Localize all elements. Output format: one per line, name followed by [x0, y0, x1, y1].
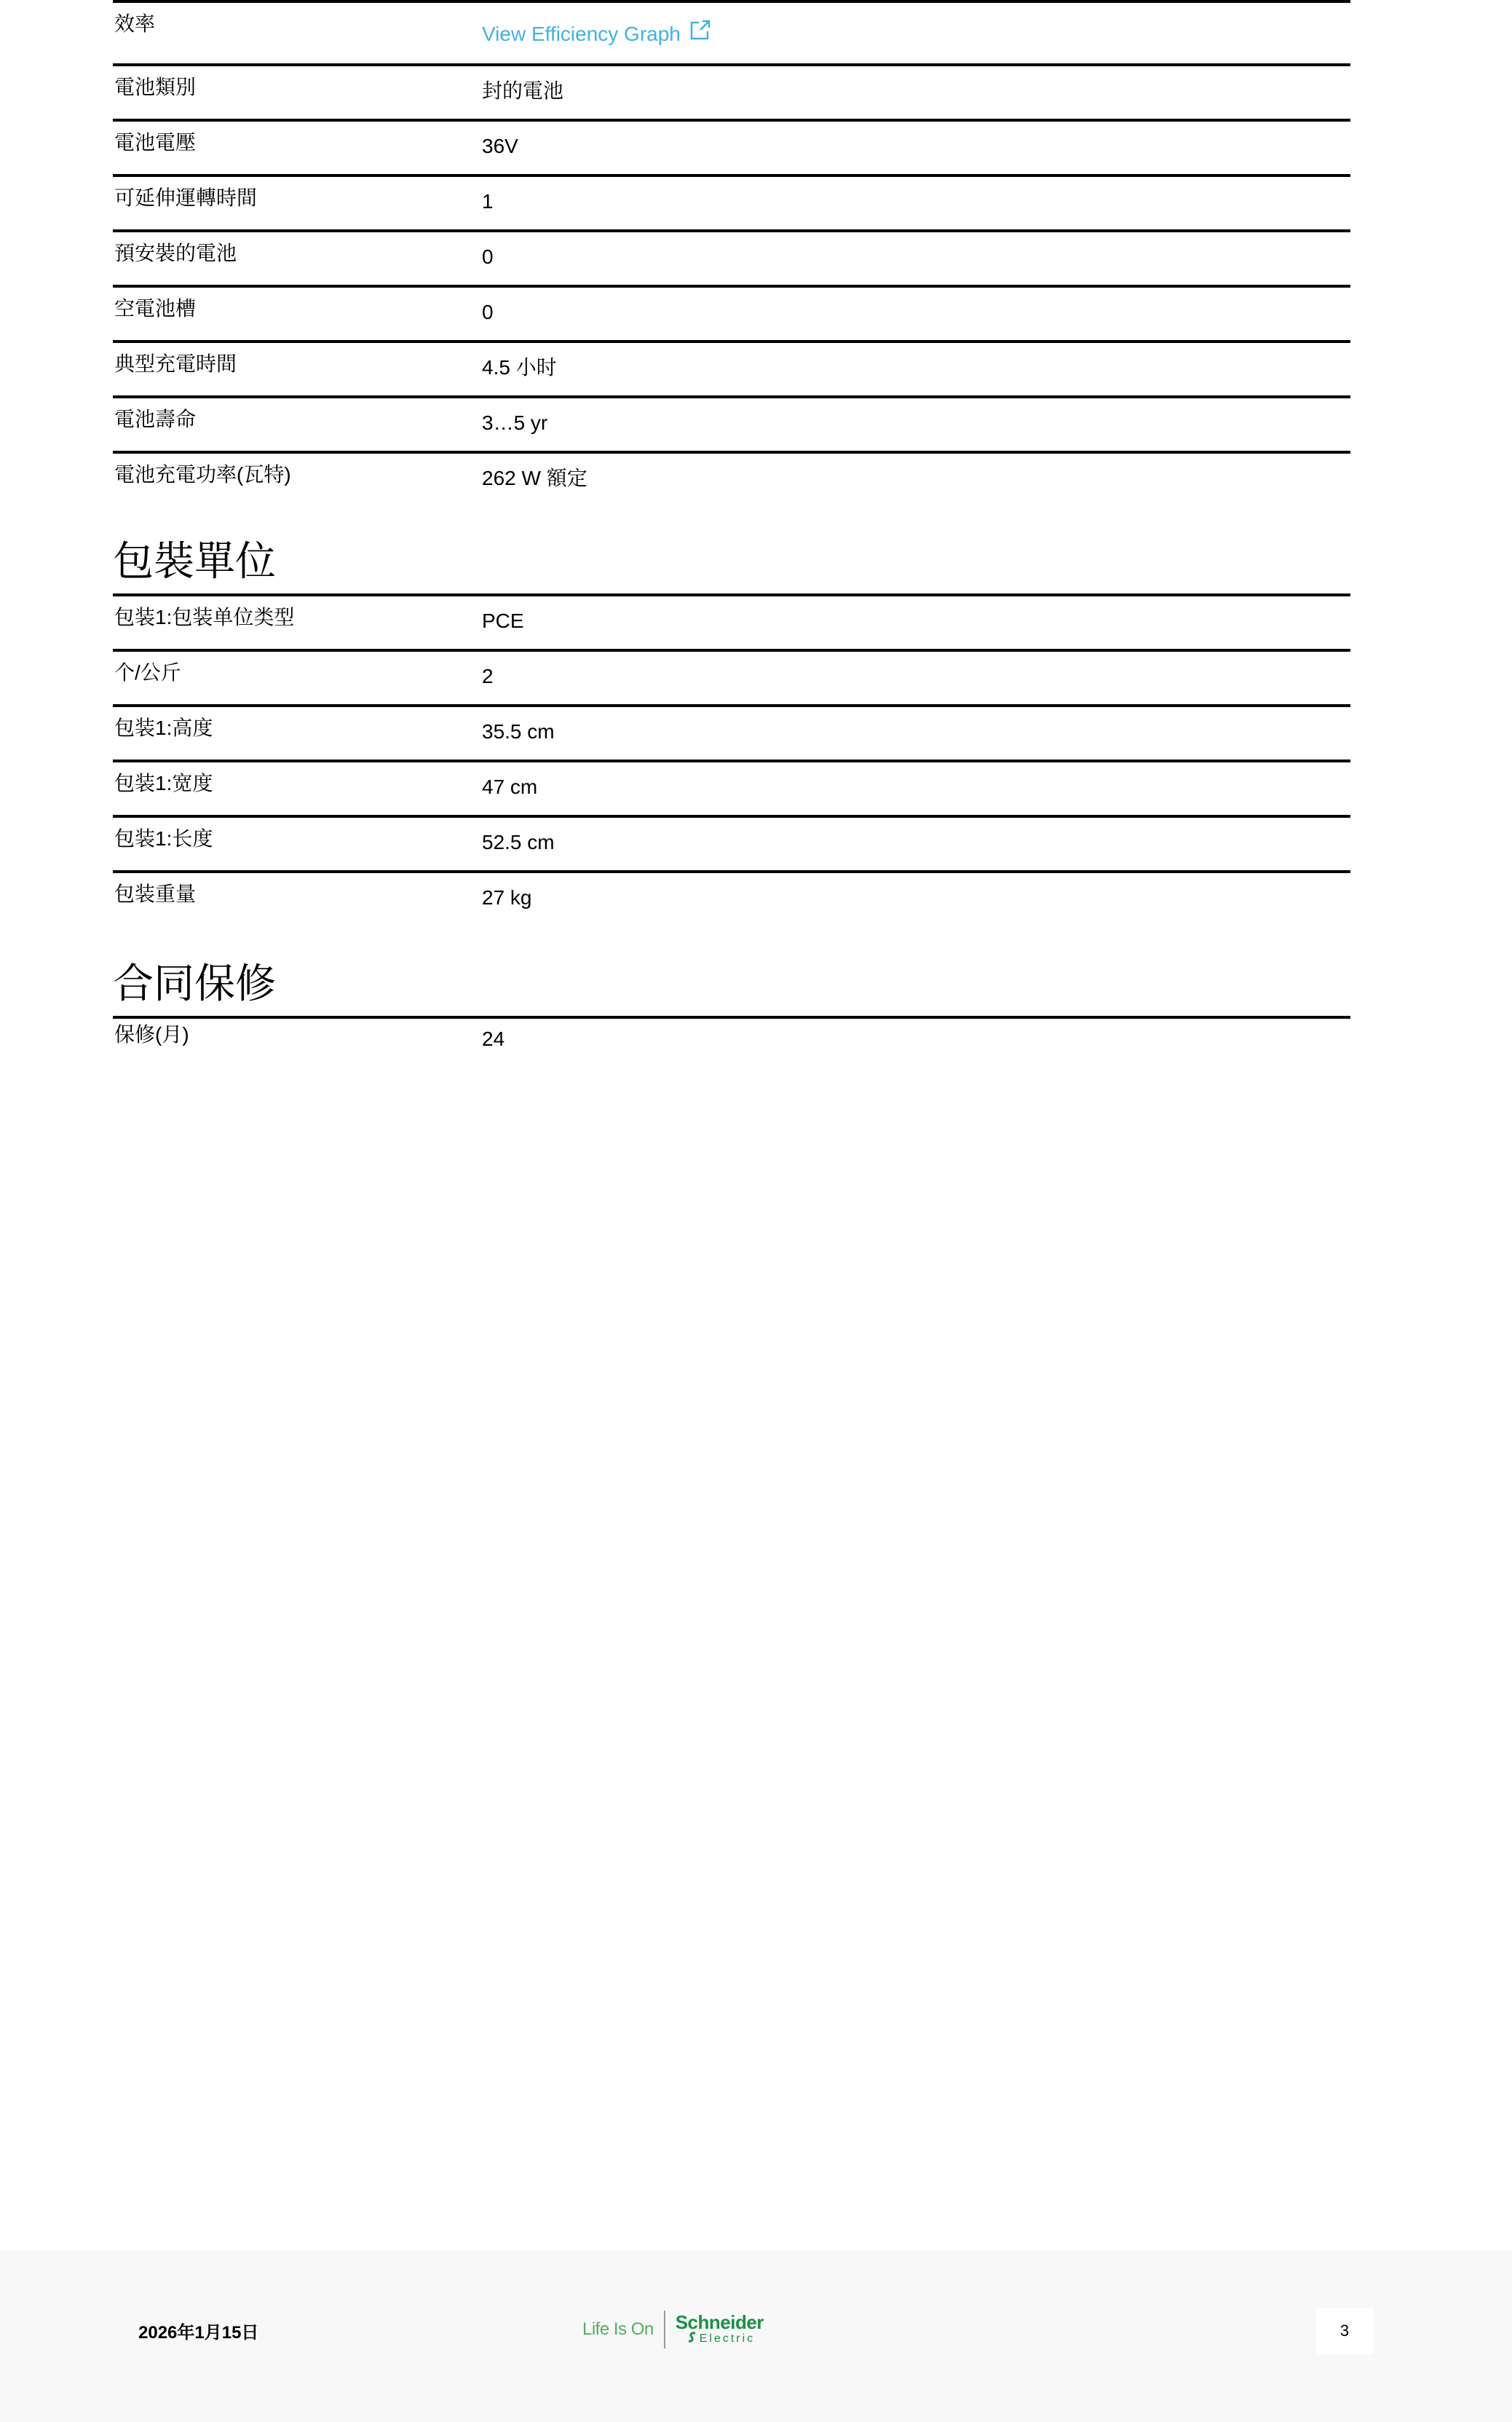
spec-label: 預安裝的電池 — [114, 239, 237, 268]
spec-label: 可延伸運轉時間 — [114, 184, 257, 213]
warranty-table: 保修(月) 24 — [113, 1016, 1350, 1071]
view-efficiency-graph-link[interactable]: View Efficiency Graph — [482, 19, 711, 49]
spec-label: 包装1:高度 — [114, 714, 213, 743]
table-row: 電池電壓 36V — [113, 119, 1350, 174]
spec-label: 保修(月) — [114, 1020, 189, 1049]
section-title-packaging: 包裝單位 — [113, 538, 276, 593]
life-is-on-tagline: Life Is On — [582, 2319, 654, 2340]
spec-label: 效率 — [114, 9, 155, 39]
spec-label: 電池充電功率(瓦特) — [114, 460, 291, 489]
spec-label: 个/公斤 — [114, 658, 181, 687]
logo-divider — [664, 2311, 665, 2348]
schneider-symbol-icon — [687, 2332, 697, 2346]
spec-value: 1 — [482, 187, 494, 216]
table-row: 電池壽命 3…5 yr — [113, 395, 1350, 451]
spec-label: 包装1:长度 — [114, 824, 213, 853]
battery-specs-table: 效率 View Efficiency Graph 電池類別 封的電池 電池電壓 … — [113, 0, 1350, 506]
spec-value: 3…5 yr — [482, 409, 547, 438]
schneider-electric-logo: Life Is On Schneider Electric — [582, 2311, 764, 2348]
spec-value: 47 cm — [482, 773, 537, 802]
page-number: 3 — [1316, 2308, 1373, 2354]
packaging-section: 包裝單位 包装1:包装单位类型 PCE 个/公斤 2 包装1:高度 35.5 c… — [113, 535, 1350, 926]
spec-value: 35.5 cm — [482, 717, 555, 746]
spec-label: 空電池槽 — [114, 294, 196, 323]
spec-label: 包装重量 — [114, 880, 196, 909]
spec-value: 24 — [482, 1025, 504, 1054]
table-row: 包装1:包装单位类型 PCE — [113, 593, 1350, 649]
spec-label: 電池電壓 — [114, 128, 196, 157]
brand-name: Schneider — [676, 2313, 764, 2332]
page-footer: 2026年1月15日 Life Is On Schneider Electric… — [0, 2251, 1512, 2422]
table-row: 包装1:长度 52.5 cm — [113, 815, 1350, 870]
spec-label: 典型充電時間 — [114, 350, 237, 379]
table-row: 典型充電時間 4.5 小时 — [113, 340, 1350, 395]
brand-sub: Electric — [687, 2332, 764, 2346]
footer-date: 2026年1月15日 — [138, 2320, 258, 2346]
spec-value: 0 — [482, 298, 494, 327]
table-row: 效率 View Efficiency Graph — [113, 0, 1350, 63]
spec-value: 52.5 cm — [482, 828, 555, 857]
packaging-table: 包装1:包装单位类型 PCE 个/公斤 2 包装1:高度 35.5 cm 包装1… — [113, 593, 1350, 926]
spec-value: 36V — [482, 132, 518, 161]
brand-wordmark: Schneider Electric — [676, 2313, 764, 2346]
document-content: 效率 View Efficiency Graph 電池類別 封的電池 電池電壓 … — [113, 0, 1350, 506]
table-row: 電池充電功率(瓦特) 262 W 額定 — [113, 451, 1350, 506]
table-row: 空電池槽 0 — [113, 285, 1350, 340]
section-title-warranty: 合同保修 — [113, 960, 276, 1016]
spec-label: 包装1:宽度 — [114, 769, 213, 798]
spec-value: 封的電池 — [482, 76, 563, 106]
spec-value: 4.5 小时 — [482, 353, 557, 382]
spec-value: 262 W 額定 — [482, 464, 587, 493]
spec-label: 包装1:包装单位类型 — [114, 603, 294, 632]
table-row: 包装1:高度 35.5 cm — [113, 704, 1350, 760]
table-row: 包装重量 27 kg — [113, 870, 1350, 926]
spec-label: 電池壽命 — [114, 405, 196, 434]
warranty-section: 合同保修 保修(月) 24 — [113, 958, 1350, 1071]
table-row: 包装1:宽度 47 cm — [113, 760, 1350, 815]
table-row: 預安裝的電池 0 — [113, 229, 1350, 285]
table-row: 保修(月) 24 — [113, 1016, 1350, 1071]
table-row: 電池類別 封的電池 — [113, 63, 1350, 119]
table-row: 个/公斤 2 — [113, 649, 1350, 704]
table-row: 可延伸運轉時間 1 — [113, 174, 1350, 229]
external-link-icon — [689, 19, 711, 49]
spec-value: PCE — [482, 607, 524, 636]
spec-value: 2 — [482, 662, 494, 691]
spec-value: 0 — [482, 242, 494, 272]
spec-label: 電池類別 — [114, 73, 196, 102]
spec-value: 27 kg — [482, 883, 532, 912]
link-text: View Efficiency Graph — [482, 20, 681, 49]
